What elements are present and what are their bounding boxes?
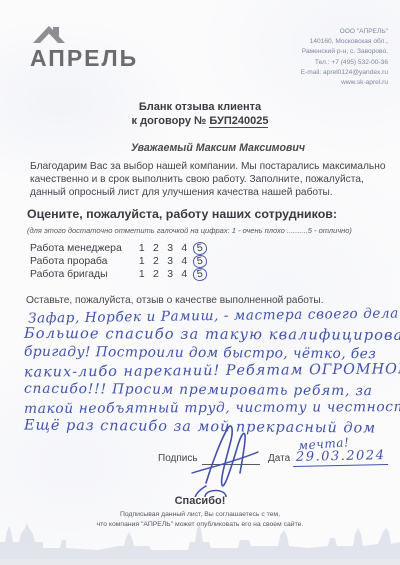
rating-selected-circle: 5: [192, 268, 207, 283]
rating-label: Работа прораба: [30, 255, 136, 268]
contract-label: к договору №: [132, 115, 210, 127]
handwritten-review-line: бригаду! Построили дом быстро, чётко, бе…: [24, 344, 376, 362]
rating-row-crew: Работа бригады 1 2 3 4 5: [30, 268, 206, 281]
scan-edge-shadow: [0, 559, 400, 565]
handwritten-review-line: такой необъятный труд, чистоту и честнос…: [24, 399, 400, 417]
rating-rows: Работа менеджера 1 2 3 4 5 Работа прораб…: [30, 242, 206, 282]
city-skyline-watermark-icon: [0, 521, 400, 559]
company-contact-block: ООО "АПРЕЛЬ" 140160, Московская обл., Ра…: [301, 27, 388, 88]
handwritten-date: 29.03.2024: [293, 448, 389, 467]
date-label: Дата: [268, 453, 290, 464]
scanned-feedback-form: АПРЕЛЬ ООО "АПРЕЛЬ" 140160, Московская о…: [0, 0, 400, 565]
rating-scale-numbers: 1 2 3 4: [139, 256, 188, 267]
rating-selected-circle: 5: [192, 241, 207, 256]
intro-paragraph: Благодарим Вас за выбор нашей компании. …: [30, 161, 386, 200]
consent-line: Подписывая данный лист, Вы соглашаетесь …: [0, 510, 400, 520]
form-title-line1: Бланк отзыва клиента: [0, 101, 400, 115]
company-website: www.sk-aprel.ru: [301, 78, 388, 88]
contract-number: БУП240025: [209, 115, 268, 129]
form-title: Бланк отзыва клиента к договору № БУП240…: [0, 101, 400, 128]
review-prompt: Оставьте, пожалуйста, отзыв о качестве в…: [26, 295, 324, 306]
rating-scale-numbers: 1 2 3 4: [139, 243, 188, 254]
company-logo: АПРЕЛЬ: [30, 24, 138, 72]
rating-scale-numbers: 1 2 3 4: [139, 269, 188, 280]
rating-label: Работа менеджера: [30, 242, 136, 255]
intro-line: Благодарим Вас за выбор нашей компании. …: [30, 161, 386, 174]
rating-row-manager: Работа менеджера 1 2 3 4 5: [30, 242, 206, 255]
rating-label: Работа бригады: [30, 268, 136, 281]
intro-line: качественно и в срок выполнить свою рабо…: [30, 174, 386, 187]
logo-wordmark: АПРЕЛЬ: [30, 45, 138, 72]
handwritten-review-line: Зафар, Норбек и Рамиш, - мастера своего …: [28, 305, 400, 326]
company-email: E-mail: aprel0124@yandex.ru: [301, 68, 388, 78]
rating-row-foreman: Работа прораба 1 2 3 4 5: [30, 255, 206, 268]
handwritten-review-line: спасибо!!! Просим премировать ребят, за: [24, 381, 373, 399]
ratings-scale-note: (для этого достаточно отметить галочкой …: [27, 226, 352, 235]
company-phone: Тел.: +7 (495) 532-00-36: [301, 58, 388, 68]
handwritten-signature: [176, 423, 266, 497]
greeting-text: Уважаемый Максим Максимович: [18, 142, 400, 154]
company-address-line1: 140160, Московская обл.,: [301, 37, 388, 47]
form-title-line2: к договору № БУП240025: [0, 115, 400, 129]
thanks-text: Спасибо!: [0, 495, 400, 507]
roof-house-icon: [32, 24, 66, 44]
handwritten-review-line: каких-либо нареканий! Ребятам ОГРОМНОЕ: [24, 361, 400, 380]
intro-line: данный опросный лист для улучшения качес…: [30, 187, 386, 200]
handwritten-review-line: Большое спасибо за такую квалифицированн…: [24, 325, 400, 344]
ratings-heading: Оцените, пожалуйста, работу наших сотруд…: [27, 207, 337, 221]
company-address-line2: Раменский р-н, с. Заворово.: [301, 47, 388, 57]
company-name: ООО "АПРЕЛЬ": [301, 27, 388, 37]
